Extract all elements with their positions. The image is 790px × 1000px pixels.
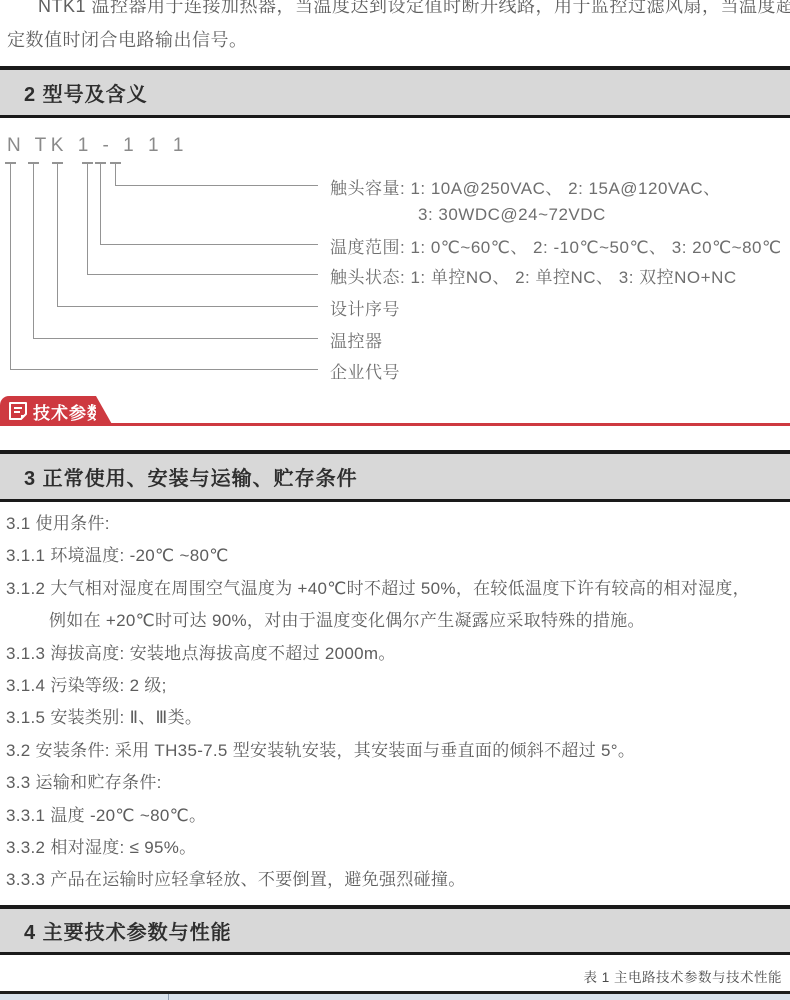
diagram-line <box>87 274 318 275</box>
model-diagram: N TK 1 - 1 1 1 触头容量: 1: 10A@250VAC、 2: 1… <box>0 135 790 387</box>
body-line: 3.1.5 安装类别: Ⅱ、Ⅲ类。 <box>6 702 790 734</box>
body-line: 3.1.2 大气相对湿度在周围空气温度为 +40℃时不超过 50%，在较低温度下… <box>6 573 790 605</box>
diagram-line <box>100 162 101 244</box>
diagram-line <box>57 162 58 306</box>
body-line: 3.3.2 相对湿度: ≤ 95%。 <box>6 832 790 864</box>
section-3-title: 3 正常使用、安装与运输、贮存条件 <box>0 462 358 491</box>
section-3-header: 3 正常使用、安装与运输、贮存条件 <box>0 450 790 502</box>
diagram-line <box>57 306 318 307</box>
diagram-line <box>10 369 318 370</box>
diagram-line <box>87 162 88 274</box>
section-4-title: 4 主要技术参数与性能 <box>0 916 232 945</box>
tech-params-badge-tail <box>96 396 113 426</box>
document-icon <box>8 401 28 421</box>
branch-label-contact-capacity: 触头容量: 1: 10A@250VAC、 2: 15A@120VAC、 <box>330 174 721 199</box>
diagram-line <box>115 185 318 186</box>
body-line: 3.2 安装条件: 采用 TH35-7.5 型安装轨安装，其安装面与垂直面的倾斜… <box>6 735 790 767</box>
diagram-line <box>115 162 116 185</box>
diagram-line <box>33 162 34 338</box>
diagram-line <box>33 338 318 339</box>
model-code: N TK 1 - 1 1 1 <box>7 135 188 157</box>
red-rule <box>0 423 790 426</box>
branch-label-design-serial: 设计序号 <box>330 295 400 320</box>
section-4-header: 4 主要技术参数与性能 <box>0 905 790 955</box>
body-line: 3.1 使用条件: <box>6 508 790 540</box>
body-line: 3.1.4 污染等级: 2 级; <box>6 670 790 702</box>
body-line: 3.3 运输和贮存条件: <box>6 767 790 799</box>
table-header-row-sliver <box>0 994 790 1000</box>
section-2-title: 2 型号及含义 <box>0 78 148 107</box>
intro-line-2: 定数值时闭合电路输出信号。 <box>7 26 248 52</box>
diagram-line <box>10 162 11 369</box>
branch-label-contact-capacity-line2: 3: 30WDC@24~72VDC <box>418 205 606 225</box>
branch-label-company-code: 企业代号 <box>330 358 400 383</box>
section-2-header: 2 型号及含义 <box>0 66 790 118</box>
body-line: 3.3.3 产品在运输时应轻拿轻放、不要倒置，避免强烈碰撞。 <box>6 864 790 896</box>
body-line: 例如在 +20℃时可达 90%，对由于温度变化偶尔产生凝露应采取特殊的措施。 <box>6 605 790 637</box>
table-caption: 表 1 主电路技术参数与技术性能 <box>583 966 782 986</box>
table-column-divider <box>168 994 169 1000</box>
diagram-line <box>100 244 318 245</box>
body-line: 3.1.1 环境温度: -20℃ ~80℃ <box>6 540 790 572</box>
branch-label-temperature-range: 温度范围: 1: 0℃~60℃、 2: -10℃~50℃、 3: 20℃~80℃ <box>330 233 782 258</box>
tech-params-badge-label: 技术参数 <box>33 399 105 424</box>
body-line: 3.3.1 温度 -20℃ ~80℃。 <box>6 800 790 832</box>
section-3-body: 3.1 使用条件: 3.1.1 环境温度: -20℃ ~80℃ 3.1.2 大气… <box>6 508 790 897</box>
branch-label-contact-state: 触头状态: 1: 单控NO、 2: 单控NC、 3: 双控NO+NC <box>330 263 737 288</box>
intro-line-1: NTK1 温控器用于连接加热器，当温度达到设定值时断开线路，用于监控过滤风扇，当… <box>38 0 790 18</box>
branch-label-thermostat: 温控器 <box>330 327 383 352</box>
body-line: 3.1.3 海拔高度: 安装地点海拔高度不超过 2000m。 <box>6 638 790 670</box>
